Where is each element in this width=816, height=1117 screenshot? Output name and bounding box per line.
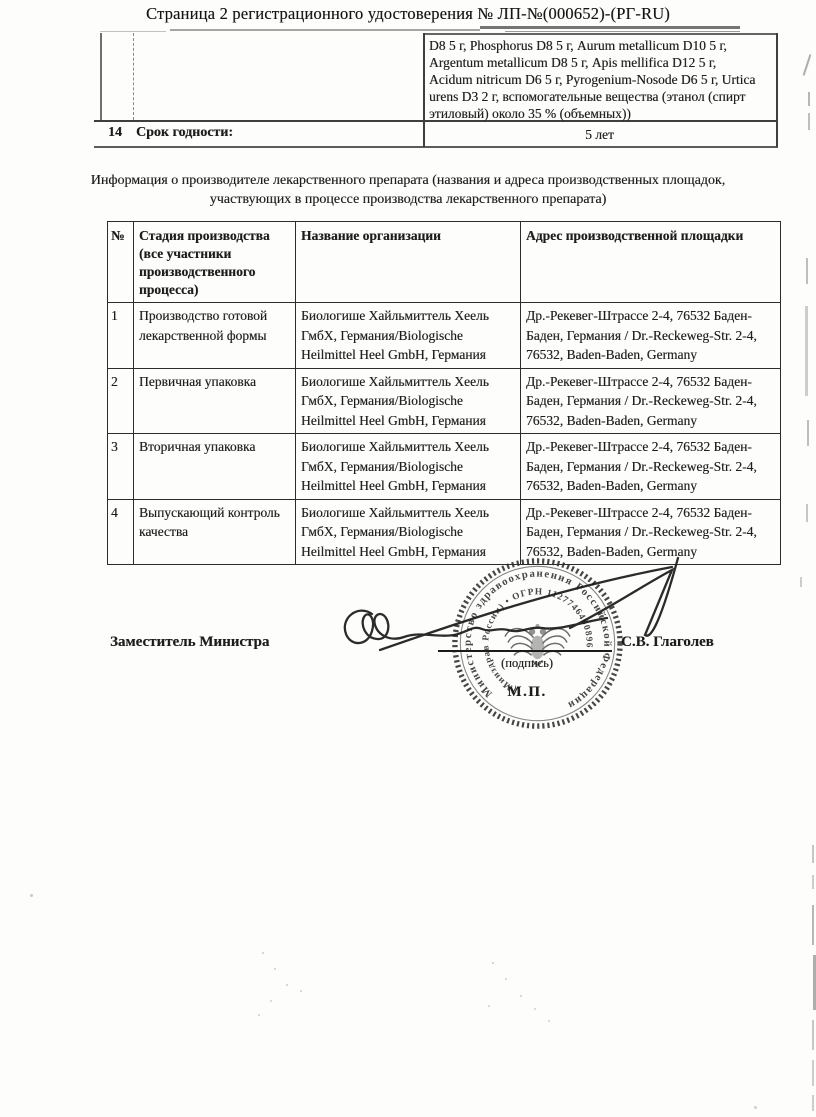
scan-artifact [754,1106,757,1109]
col-header-stage: Стадия производства (все участники произ… [134,222,296,303]
stage-cell: Вторичная упаковка [134,434,296,500]
scan-artifact [812,1095,814,1111]
scan-artifact [808,113,810,130]
scan-artifact [262,952,264,954]
organization-cell: Биологише Хайльмиттель Хеель ГмбХ, Герма… [296,368,521,434]
scan-artifact [806,258,808,284]
table-border [423,33,778,35]
scan-artifact [800,577,802,587]
table-border [100,33,102,120]
page-header: Страница 2 регистрационного удостоверени… [0,4,816,24]
stage-cell: Выпускающий контроль качества [134,499,296,565]
table-row: 1 Производство готовой лекарственной фор… [108,303,781,369]
scan-artifact [808,92,810,106]
address-cell: Др.-Рекевег-Штрассе 2-4, 76532 Баден-Бад… [521,303,781,369]
col-header-address: Адрес производственной площадки [521,222,781,303]
scan-artifact [812,1060,814,1086]
scan-artifact [492,962,494,964]
table-row: 3 Вторичная упаковка Биологише Хайльмитт… [108,434,781,500]
table-border [776,33,778,147]
scan-artifact [100,31,166,32]
scan-artifact [812,905,814,945]
seal-abbreviation: М.П. [487,684,567,701]
stage-cell: Первичная упаковка [134,368,296,434]
registration-table-fragment: D8 5 г, Phosphorus D8 5 г, Aurum metalli… [100,33,778,148]
scan-artifact [170,29,480,31]
signature-caption: (подпись) [472,656,582,671]
shelf-life-row-number: 14 [108,125,122,141]
signer-name: С.В. Глаголев [621,634,714,651]
scan-artifact [505,31,740,32]
signature-image [320,548,700,673]
address-cell: Др.-Рекевег-Штрассе 2-4, 76532 Баден-Бад… [521,368,781,434]
organization-cell: Биологише Хайльмиттель Хеель ГмбХ, Герма… [296,434,521,500]
address-cell: Др.-Рекевег-Штрассе 2-4, 76532 Баден-Бад… [521,434,781,500]
scan-artifact [812,1020,814,1050]
manufacturer-info-intro: Информация о производителе лекарственног… [78,172,738,209]
scan-artifact [534,1008,536,1010]
row-number: 2 [108,368,134,434]
scan-artifact [803,54,812,76]
deputy-minister-title: Заместитель Министра [110,634,269,651]
scan-artifact [806,504,808,522]
scan-artifact [300,990,302,992]
scan-artifact [274,968,276,970]
col-header-number: № [108,222,134,303]
document-page: Страница 2 регистрационного удостоверени… [0,0,816,1117]
organization-cell: Биологише Хайльмиттель Хеель ГмбХ, Герма… [296,303,521,369]
stage-cell: Производство готовой лекарственной формы [134,303,296,369]
row-number: 1 [108,303,134,369]
scan-artifact [270,1000,272,1002]
shelf-life-label: Срок годности: [136,125,233,141]
row-number: 3 [108,434,134,500]
scan-artifact [258,1014,260,1016]
table-header-row: № Стадия производства (все участники про… [108,222,781,303]
composition-cell: D8 5 г, Phosphorus D8 5 г, Aurum metalli… [429,37,761,122]
scan-artifact [286,984,288,986]
scan-artifact [488,1005,490,1007]
scan-artifact [812,845,814,863]
scan-artifact [812,875,814,889]
row-number: 4 [108,499,134,565]
scan-artifact [548,1020,550,1022]
col-header-organization: Название организации [296,222,521,303]
scan-artifact [520,995,522,997]
table-border [133,33,134,120]
shelf-life-value: 5 лет [423,127,776,143]
scan-artifact [30,894,33,897]
scan-artifact [807,420,809,446]
manufacturers-table: № Стадия производства (все участники про… [107,221,781,565]
table-border [94,146,778,148]
scan-artifact [805,306,808,396]
scan-artifact [480,26,740,29]
scan-artifact [505,978,507,980]
table-row: 2 Первичная упаковка Биологише Хайльмитт… [108,368,781,434]
